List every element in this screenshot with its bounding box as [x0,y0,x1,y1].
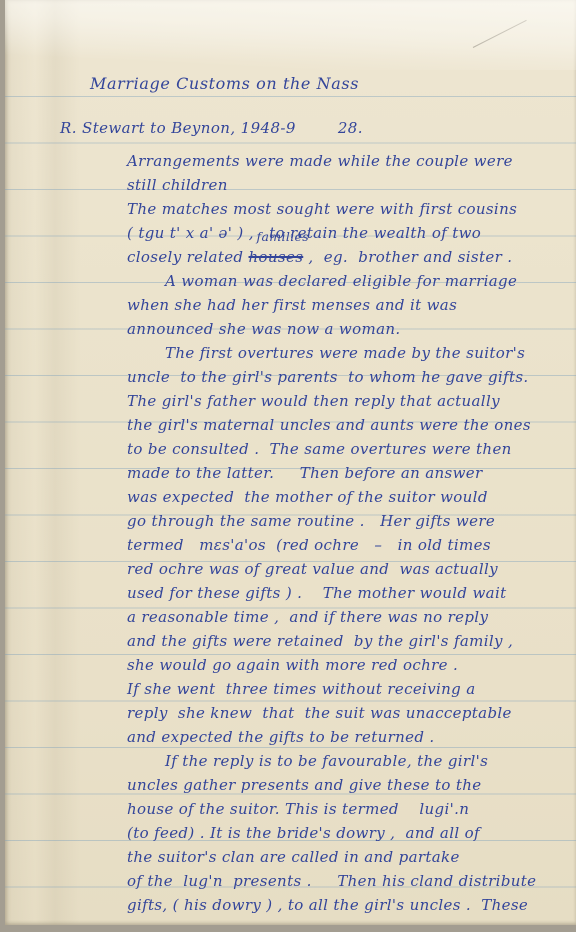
correction-after: , eg. brother and sister . [303,248,512,266]
correction: familieshouses [249,245,304,269]
handwritten-line: still children [127,173,567,197]
handwritten-line: reply she knew that the suit was unaccep… [127,701,567,725]
handwritten-line: The first overtures were made by the sui… [127,341,567,365]
handwritten-line: (to feed) . It is the bride's dowry , an… [127,821,567,845]
attribution: R. Stewart to Beynon, 1948-9 [60,119,296,137]
handwritten-line: uncle to the girl's parents to whom he g… [127,365,567,389]
page-title: Marriage Customs on the Nass [90,74,359,93]
handwritten-line: when she had her first menses and it was [127,293,567,317]
handwritten-line: to be consulted . The same overtures wer… [127,437,567,461]
scanned-page: Marriage Customs on the Nass R. Stewart … [0,0,576,932]
handwritten-line: made to the latter. Then before an answe… [127,461,567,485]
handwritten-line: she would go again with more red ochre . [127,653,567,677]
handwritten-line-with-correction: closely related familieshouses , eg. bro… [127,245,567,269]
handwritten-line: and expected the gifts to be returned . [127,725,567,749]
handwritten-line: announced she was now a woman. [127,317,567,341]
handwritten-line: used for these gifts ) . The mother woul… [127,581,567,605]
handwritten-line: red ochre was of great value and was act… [127,557,567,581]
handwritten-line: ( tgu t' x a' ə' ) , to retain the wealt… [127,221,567,245]
handwritten-line: the girl's maternal uncles and aunts wer… [127,413,567,437]
correction-before: closely related [127,248,249,266]
handwritten-line: The girl's father would then reply that … [127,389,567,413]
handwritten-line: If she went three times without receivin… [127,677,567,701]
handwritten-line: If the reply is to be favourable, the gi… [127,749,567,773]
handwritten-line: The matches most sought were with first … [127,197,567,221]
handwritten-line: termed mεs'a'os (red ochre – in old time… [127,533,567,557]
handwritten-line: house of the suitor. This is termed lugi… [127,797,567,821]
handwritten-line: and the gifts were retained by the girl'… [127,629,567,653]
handwritten-line: gifts, ( his dowry ) , to all the girl's… [127,893,567,917]
handwritten-line: a reasonable time , and if there was no … [127,605,567,629]
attribution-line: R. Stewart to Beynon, 1948-928. [29,101,363,155]
page-number-note: 28. [338,119,363,137]
ruled-paper-sheet: Marriage Customs on the Nass R. Stewart … [5,0,576,925]
handwritten-line: go through the same routine . Her gifts … [127,509,567,533]
handwritten-line: A woman was declared eligible for marria… [127,269,567,293]
handwritten-line: Arrangements were made while the couple … [127,149,567,173]
inserted-word: families [257,231,310,243]
pencil-slash-mark [473,20,527,48]
handwritten-line: was expected the mother of the suitor wo… [127,485,567,509]
handwritten-line: of the lug'n presents . Then his cland d… [127,869,567,893]
handwritten-line: the suitor's clan are called in and part… [127,845,567,869]
handwritten-body: Arrangements were made while the couple … [127,149,567,917]
struck-out-word: houses [249,248,304,266]
handwritten-line: uncles gather presents and give these to… [127,773,567,797]
